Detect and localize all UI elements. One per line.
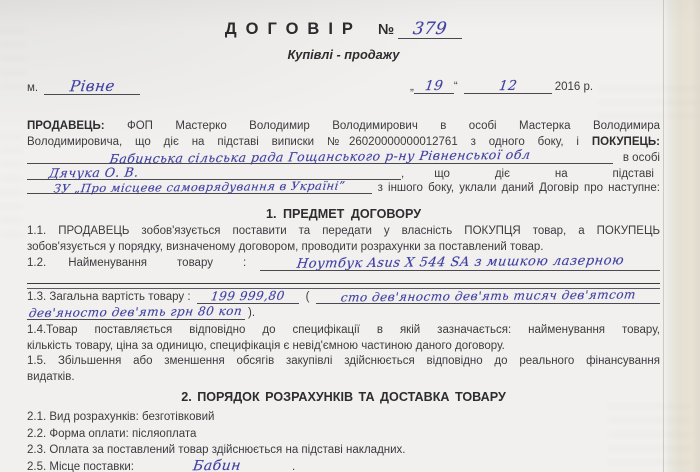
date-day-handwritten: 19 bbox=[424, 79, 444, 93]
city-handwritten: Рівне bbox=[69, 79, 116, 94]
colon: : bbox=[243, 257, 246, 269]
parties-line-2: Володимировича, що діє на підставі випис… bbox=[27, 135, 660, 151]
contract-title: ДОГОВІР bbox=[225, 20, 362, 39]
seller-text: ФОП Мастерко Володимир Володимирович в о… bbox=[105, 120, 660, 132]
clause-1-1: 1.1. ПРОДАВЕЦЬ зобов'язується поставити … bbox=[27, 224, 660, 255]
seller-label: ПРОДАВЕЦЬ: bbox=[27, 120, 105, 132]
date-year: 2016 р. bbox=[555, 81, 593, 93]
date-row: „ 19 “ 12 2016 р. bbox=[410, 79, 660, 94]
title-row: ДОГОВІР № 379 bbox=[27, 20, 660, 46]
date-month-field: 12 bbox=[464, 79, 552, 94]
clause-1-1-line-1: 1.1. ПРОДАВЕЦЬ зобов'язується поставити … bbox=[27, 224, 660, 240]
clause-1-5-line-1: 1.5. Збільшення або зменшення обсягів за… bbox=[27, 354, 660, 370]
clause-2-5: 2.5. Місце поставки: Бабин . bbox=[27, 459, 660, 472]
section2-items: 2.1. Вид розрахунків: безготівковий 2.2.… bbox=[27, 409, 660, 472]
number-sign: № bbox=[378, 22, 394, 38]
bleed-through-text bbox=[0, 28, 26, 88]
amount-words-handwritten-2: дев'яносто дев'ять грн 80 коп bbox=[28, 305, 243, 320]
clause-1-3-continued: дев'яносто дев'ять грн 80 коп ). bbox=[27, 306, 660, 320]
parties-line-1: ПРОДАВЕЦЬ: ФОП Мастерко Володимир Володи… bbox=[27, 119, 660, 135]
clause-1-5: 1.5. Збільшення або зменшення обсягів за… bbox=[27, 354, 660, 385]
amount-field: 199 999,80 bbox=[197, 290, 299, 304]
close-paren: ). bbox=[248, 307, 255, 319]
buyer-rep-field: Дячука О. В. bbox=[27, 166, 401, 180]
amount-words-field-2: дев'яносто дев'ять грн 80 коп bbox=[27, 306, 245, 320]
clause-1-3: 1.3. Загальна вартість товару : 199 999,… bbox=[27, 290, 660, 304]
city-field: Рівне bbox=[44, 79, 140, 95]
word: діє bbox=[495, 167, 510, 183]
amount-handwritten: 199 999,80 bbox=[210, 290, 286, 304]
date-close-quote: “ bbox=[454, 81, 458, 93]
in-person-label: в особі bbox=[623, 151, 660, 167]
period: . bbox=[292, 459, 295, 472]
contract-number-handwritten: 379 bbox=[412, 20, 448, 38]
clause-number: 1.2. bbox=[27, 257, 46, 269]
clause-2-2: 2.2. Форма оплати: післяоплата bbox=[27, 426, 660, 443]
clause-1-4: 1.4.Товар поставляється відповідно до сп… bbox=[27, 323, 660, 354]
acts-on-basis-text: що діє на підставі bbox=[404, 167, 660, 183]
clause-1-4-line-2: кількість товару, ціна за одиницю, специ… bbox=[27, 339, 660, 355]
buyer-name-field: Бабинська сільська рада Гощанського р-ну… bbox=[27, 150, 613, 164]
goods-name-handwritten: Ноутбук Asus X 544 SA з мишкою лазерною bbox=[296, 254, 625, 271]
buyer-name-handwritten: Бабинська сільська рада Гощанського р-ну… bbox=[109, 148, 532, 165]
clause-1-4-line-1: 1.4.Товар поставляється відповідно до сп… bbox=[27, 323, 660, 339]
clause-1-5-line-2: видатків. bbox=[27, 370, 660, 386]
closing-text: з іншого боку, уклали даний Договір про … bbox=[378, 181, 660, 197]
section2-heading: 2. ПОРЯДОК РОЗРАХУНКІВ ТА ДОСТАВКА ТОВАР… bbox=[27, 390, 660, 404]
amount-words-field: сто дев'яносто дев'ять тисяч дев'ятсот bbox=[316, 290, 660, 304]
word: що bbox=[434, 167, 450, 183]
buyer-rep-handwritten: Дячука О. В. bbox=[48, 165, 140, 179]
open-paren: ( bbox=[306, 291, 310, 303]
clause-1-2: 1.2. Найменування товару : Ноутбук Asus … bbox=[27, 256, 660, 275]
date-day-field: 19 bbox=[414, 79, 454, 94]
total-cost-label: 1.3. Загальна вартість товару : bbox=[27, 291, 191, 303]
scan-page-edge bbox=[663, 0, 700, 472]
date-month-handwritten: 12 bbox=[498, 79, 518, 93]
delivery-place-handwritten: Бабин bbox=[192, 459, 242, 472]
law-field: ЗУ „Про місцеве самоврядування в Україні… bbox=[27, 181, 372, 194]
parties-paragraph: ПРОДАВЕЦЬ: ФОП Мастерко Володимир Володи… bbox=[27, 119, 660, 197]
clause-2-1: 2.1. Вид розрахунків: безготівковий bbox=[27, 409, 660, 426]
amount-words-handwritten-1: сто дев'яносто дев'ять тисяч дев'ятсот bbox=[340, 288, 637, 304]
delivery-place-label: 2.5. Місце поставки: bbox=[27, 459, 134, 472]
label-word: Найменування bbox=[68, 257, 147, 269]
contract-number-field: 379 bbox=[398, 20, 462, 39]
parties-line-3: Бабинська сільська рада Гощанського р-ну… bbox=[27, 150, 660, 166]
delivery-place-field: Бабин bbox=[142, 459, 292, 472]
goods-name-field: Ноутбук Asus X 544 SA з мишкою лазерною bbox=[260, 256, 660, 271]
word: підставі bbox=[613, 167, 654, 183]
law-handwritten: ЗУ „Про місцеве самоврядування в Україні… bbox=[53, 179, 346, 194]
buyer-label: ПОКУПЕЦЬ: bbox=[592, 136, 660, 148]
seller-text-2: Володимировича, що діє на підставі випис… bbox=[27, 136, 592, 148]
contract-subtitle: Купівлі - продажу bbox=[27, 47, 660, 62]
clause-1-1-line-2: зобов'язується у порядку, визначеному до… bbox=[27, 240, 660, 256]
document-page: ДОГОВІР № 379 Купівлі - продажу м. Рівне… bbox=[0, 0, 700, 472]
clause-2-3: 2.3. Оплата за поставлений товар здійсню… bbox=[27, 442, 660, 459]
word: на bbox=[555, 167, 568, 183]
label-word: товару bbox=[177, 257, 213, 269]
parties-line-5: ЗУ „Про місцеве самоврядування в Україні… bbox=[27, 181, 660, 197]
section1-heading: 1. ПРЕДМЕТ ДОГОВОРУ bbox=[27, 207, 660, 221]
city-label: м. bbox=[27, 82, 38, 94]
bleed-through-text bbox=[0, 136, 22, 236]
